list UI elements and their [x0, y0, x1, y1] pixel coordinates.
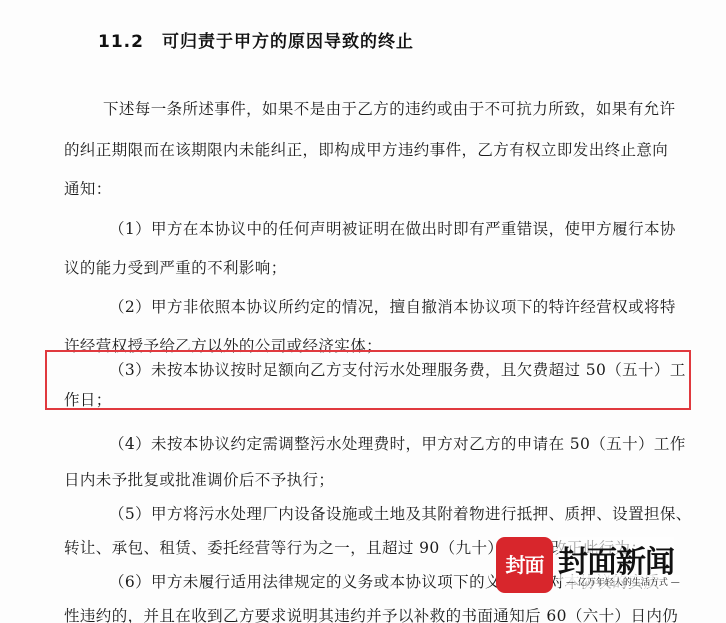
document-page: 11.2可归责于甲方的原因导致的终止 下述每一条所述事件，如果不是由于乙方的违约… [0, 0, 726, 623]
logo-slogan: — 亿万年轻人的生活方式 — [566, 575, 680, 588]
clause-1-line-1: （1）甲方在本协议中的任何声明被证明在做出时即有严重错误，使甲方履行本协 [109, 217, 676, 239]
clause-6-line-2: 性违约的，并且在收到乙方要求说明其违约并予以补救的书面通知后 60（六十）日内仍 [64, 604, 678, 623]
section-title: 可归责于甲方的原因导致的终止 [162, 32, 414, 52]
clause-2-line-1: （2）甲方非依照本协议所约定的情况，擅自撤消本协议项下的特许经营权或将特 [109, 295, 676, 317]
section-number: 11.2 [98, 32, 144, 52]
logo-icon: 封面 [496, 537, 553, 593]
clause-4-line-2: 日内未予批复或批准调价后不予执行； [64, 468, 334, 490]
intro-line-3: 通知： [64, 177, 112, 199]
section-heading: 11.2可归责于甲方的原因导致的终止 [98, 27, 414, 52]
clause-3-line-1: （3）未按本协议按时足额向乙方支付污水处理服务费，且欠费超过 50（五十）工 [109, 358, 686, 380]
clause-1-line-2: 议的能力受到严重的不利影响； [64, 256, 287, 278]
clause-5-line-1: （5）甲方将污水处理厂内设备设施或土地及其附着物进行抵押、质押、设置担保、 [109, 502, 692, 524]
clause-3-line-2: 作日； [64, 388, 112, 410]
watermark-logo: 封面 封面新闻 — 亿万年轻人的生活方式 — [496, 537, 696, 595]
intro-line-1: 下述每一条所述事件，如果不是由于乙方的违约或由于不可抗力所致，如果有允许 [103, 97, 675, 119]
clause-4-line-1: （4）未按本协议约定需调整污水处理费时，甲方对乙方的申请在 50（五十）工作 [109, 432, 686, 454]
intro-line-2: 的纠正期限而在该期限内未能纠正，即构成甲方违约事件，乙方有权立即发出终止意向 [64, 138, 668, 160]
